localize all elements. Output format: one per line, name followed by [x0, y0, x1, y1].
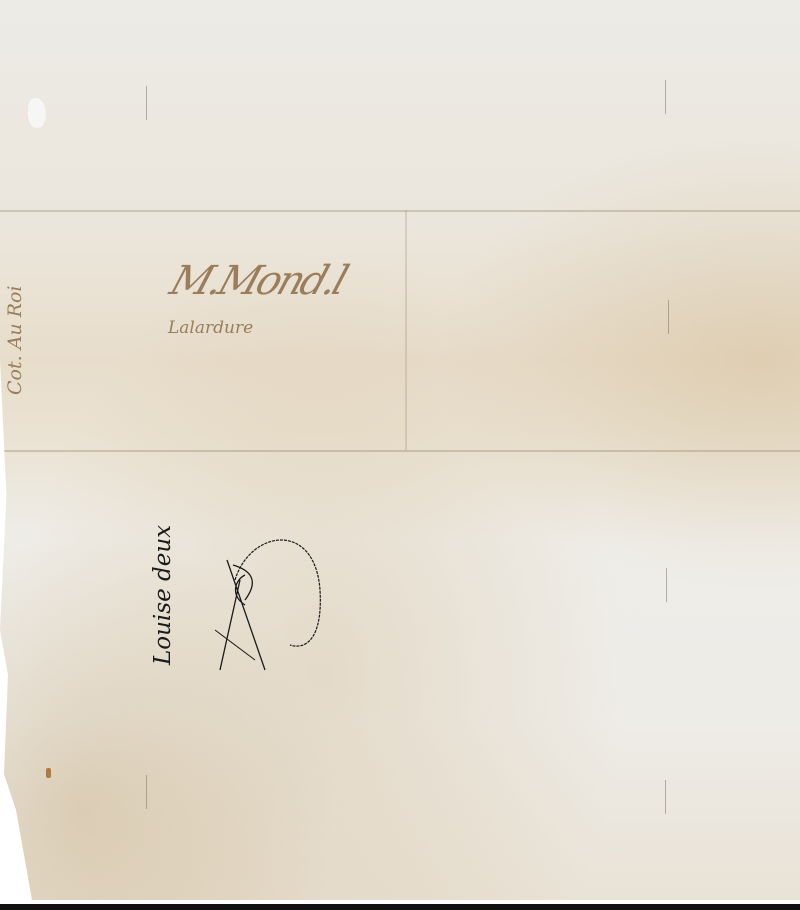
paper-tear: [28, 98, 46, 128]
fold-line-upper: [0, 210, 800, 212]
fold-line-lower: [0, 450, 800, 452]
fold-mark: [665, 780, 666, 814]
side-note: Cot. Au Roi: [4, 285, 26, 395]
fold-mark: [665, 80, 666, 114]
endorsement-text: Louise deux: [150, 525, 176, 665]
manuscript-page: M.Mond.l Lalardure Cot. Au Roi Louise de…: [0, 0, 800, 900]
fold-mark: [146, 86, 147, 120]
address-line-1: M.Mond.l: [165, 258, 352, 304]
ink-stain: [46, 768, 51, 778]
address-line-2: Lalardure: [168, 318, 253, 338]
paraph-signature-icon: [205, 520, 335, 680]
fold-mark: [666, 568, 667, 602]
fold-line-center: [405, 210, 407, 450]
scan-edge: [0, 904, 800, 910]
fold-mark: [146, 775, 147, 809]
fold-mark: [668, 300, 669, 334]
